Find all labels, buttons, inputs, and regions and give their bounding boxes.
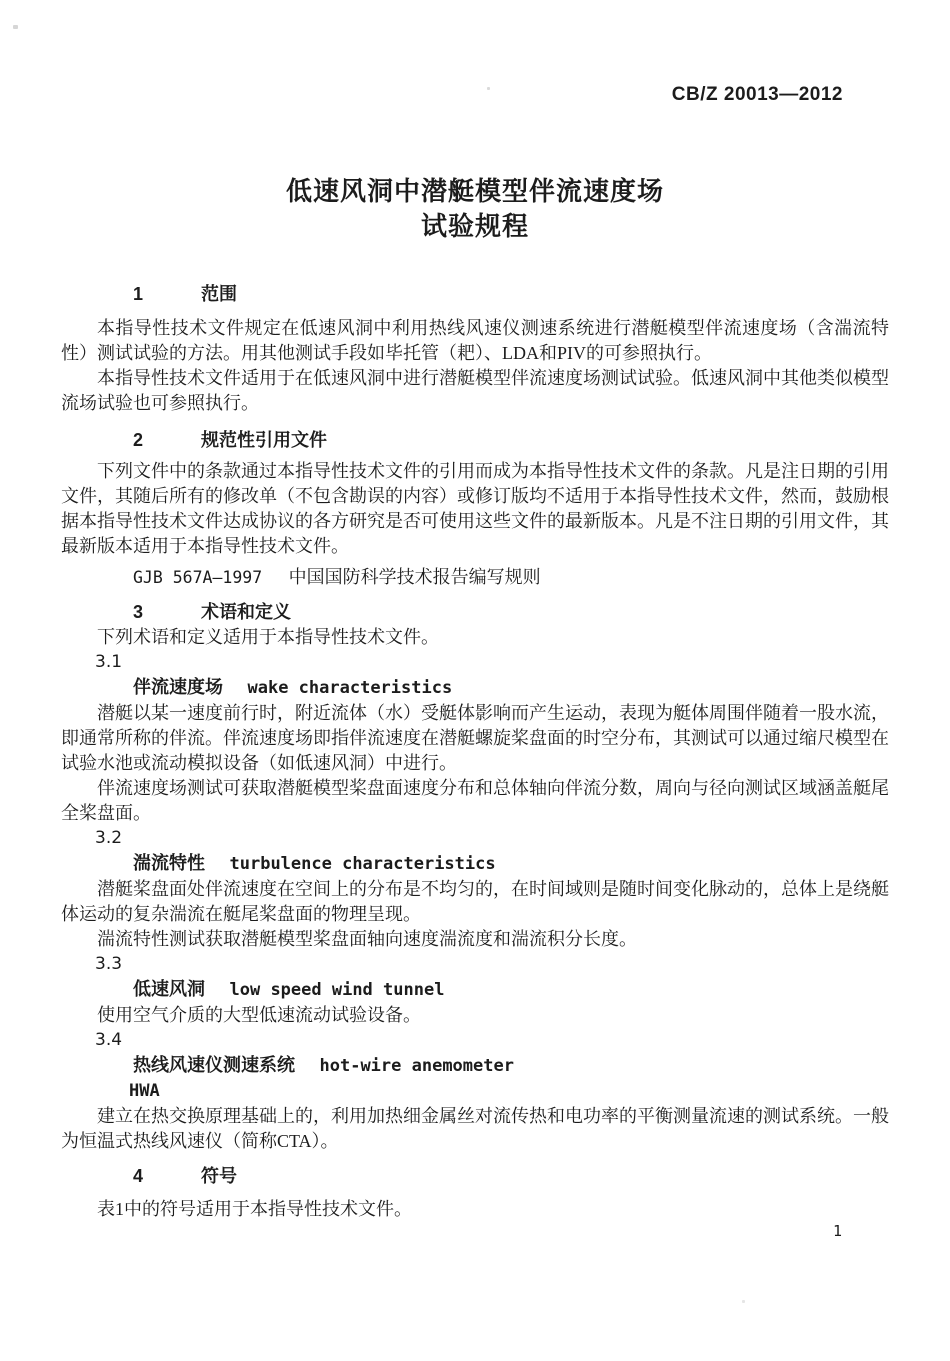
scanned-document-page: CB/Z 20013—2012 低速风洞中潜艇模型伴流速度场 试验规程 1 范围… [0, 0, 950, 1361]
subsection-3-1-number: 3.1 [61, 650, 889, 675]
document-title: 低速风洞中潜艇模型伴流速度场 试验规程 [61, 174, 889, 244]
section-title: 符号 [165, 1164, 237, 1189]
section-number: 4 [97, 1164, 143, 1189]
paragraph: 潜艇桨盘面处伴流速度在空间上的分布是不均匀的，在时间域则是随时间变化脉动的，总体… [61, 877, 889, 927]
term-chinese: 湍流特性 [133, 853, 205, 873]
normative-reference: GJB 567A—1997 中国国防科学技术报告编写规则 [61, 565, 889, 590]
subsection-3-3-number: 3.3 [61, 952, 889, 977]
term-english: turbulence characteristics [230, 854, 496, 874]
paragraph: 下列文件中的条款通过本指导性技术文件的引用而成为本指导性技术文件的条款。凡是注日… [61, 459, 889, 559]
term-chinese: 热线风速仪测速系统 [133, 1055, 295, 1075]
term-english: hot-wire anemometer [320, 1056, 514, 1076]
term-english: wake characteristics [248, 678, 453, 698]
section-3-heading: 3 术语和定义 [61, 600, 889, 625]
term-chinese: 低速风洞 [133, 979, 205, 999]
section-number: 2 [97, 428, 143, 453]
paragraph: 使用空气介质的大型低速流动试验设备。 [61, 1003, 889, 1028]
section-title: 术语和定义 [165, 600, 291, 625]
scan-speck [487, 87, 490, 90]
paragraph: 本指导性技术文件规定在低速风洞中利用热线风速仪测速系统进行潜艇模型伴流速度场（含… [61, 316, 889, 366]
scan-speck [13, 25, 18, 29]
reference-code: GJB 567A—1997 [133, 568, 262, 587]
document-body: 1 范围 本指导性技术文件规定在低速风洞中利用热线风速仪测速系统进行潜艇模型伴流… [61, 282, 889, 1222]
term-definition-line: 伴流速度场 wake characteristics [61, 675, 889, 701]
term-chinese: 伴流速度场 [133, 677, 223, 697]
paragraph: 表1中的符号适用于本指导性技术文件。 [61, 1197, 889, 1222]
page-number: 1 [833, 1222, 842, 1240]
paragraph: 本指导性技术文件适用于在低速风洞中进行潜艇模型伴流速度场测试试验。低速风洞中其他… [61, 366, 889, 416]
section-title: 范围 [165, 282, 237, 307]
standard-code: CB/Z 20013—2012 [672, 84, 843, 106]
term-definition-line: 热线风速仪测速系统 hot-wire anemometer [61, 1053, 889, 1079]
paragraph: 建立在热交换原理基础上的，利用加热细金属丝对流传热和电功率的平衡测量流速的测试系… [61, 1104, 889, 1154]
paragraph: 湍流特性测试获取潜艇模型桨盘面轴向速度湍流度和湍流积分长度。 [61, 927, 889, 952]
paragraph: 伴流速度场测试可获取潜艇模型桨盘面速度分布和总体轴向伴流分数，周向与径向测试区域… [61, 776, 889, 826]
reference-title: 中国国防科学技术报告编写规则 [289, 567, 541, 587]
subsection-3-2-number: 3.2 [61, 826, 889, 851]
section-number: 1 [97, 282, 143, 307]
section-1-heading: 1 范围 [61, 282, 889, 307]
scan-speck [742, 1300, 745, 1303]
section-4-heading: 4 符号 [61, 1164, 889, 1189]
term-definition-line: 湍流特性 turbulence characteristics [61, 851, 889, 877]
document-title-line1: 低速风洞中潜艇模型伴流速度场 [61, 174, 889, 209]
paragraph: 潜艇以某一速度前行时，附近流体（水）受艇体影响而产生运动，表现为艇体周围伴随着一… [61, 701, 889, 776]
subsection-3-4-number: 3.4 [61, 1028, 889, 1053]
section-title: 规范性引用文件 [165, 428, 327, 453]
term-definition-line: 低速风洞 low speed wind tunnel [61, 977, 889, 1003]
section-number: 3 [97, 600, 143, 625]
term-english: low speed wind tunnel [230, 980, 445, 1000]
section-2-heading: 2 规范性引用文件 [61, 428, 889, 453]
document-title-line2: 试验规程 [61, 209, 889, 244]
paragraph: 下列术语和定义适用于本指导性技术文件。 [61, 625, 889, 650]
term-abbreviation: HWA [61, 1079, 889, 1104]
